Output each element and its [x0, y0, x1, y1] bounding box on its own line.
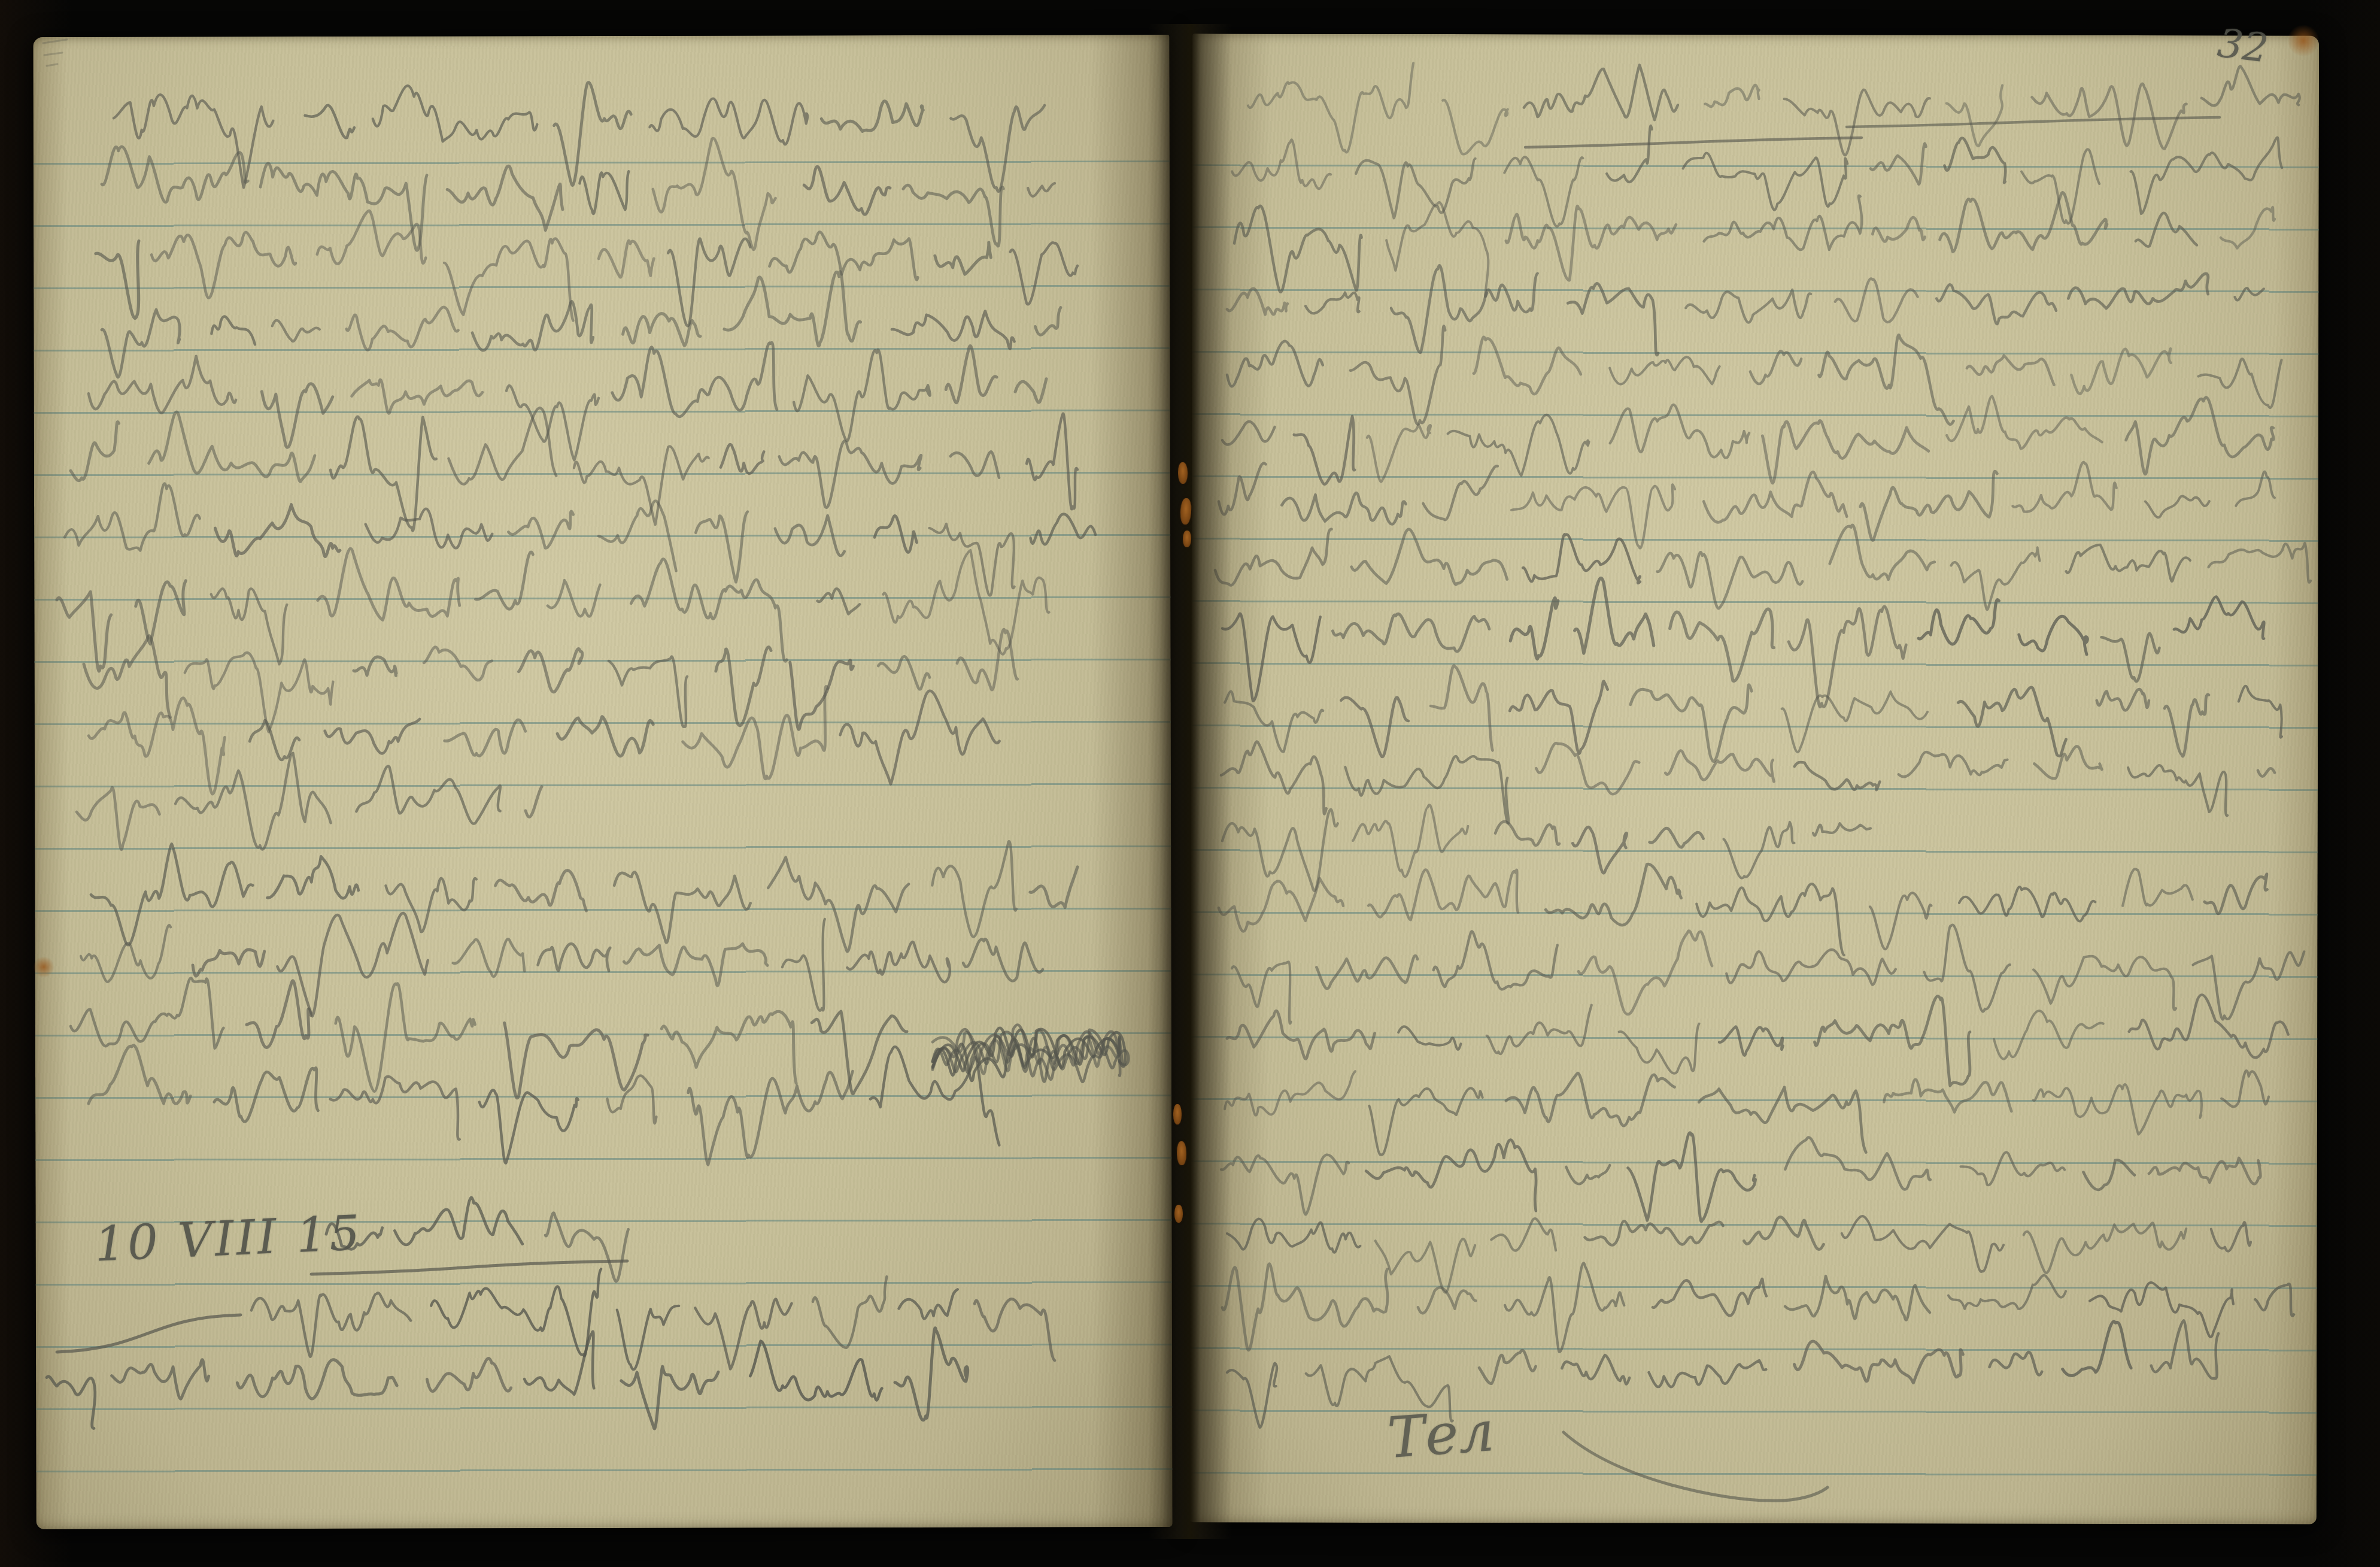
page-number: 32 [2215, 20, 2271, 72]
signoff-label: Тел [1385, 1399, 1496, 1471]
staple-mark [1178, 462, 1188, 484]
date-heading: 10 VIII 15 [93, 1205, 363, 1272]
rust-blemish [34, 956, 54, 978]
rust-blemish [2288, 24, 2319, 57]
staple-mark [1177, 1141, 1187, 1165]
binding-spine-shadow [1148, 24, 1232, 1539]
staple-mark [1174, 1205, 1183, 1223]
scanned-notebook-photo: 10 VIII 15 Тел 32 [0, 0, 2380, 1567]
staple-mark [1183, 531, 1191, 547]
staple-mark [1173, 1104, 1182, 1125]
